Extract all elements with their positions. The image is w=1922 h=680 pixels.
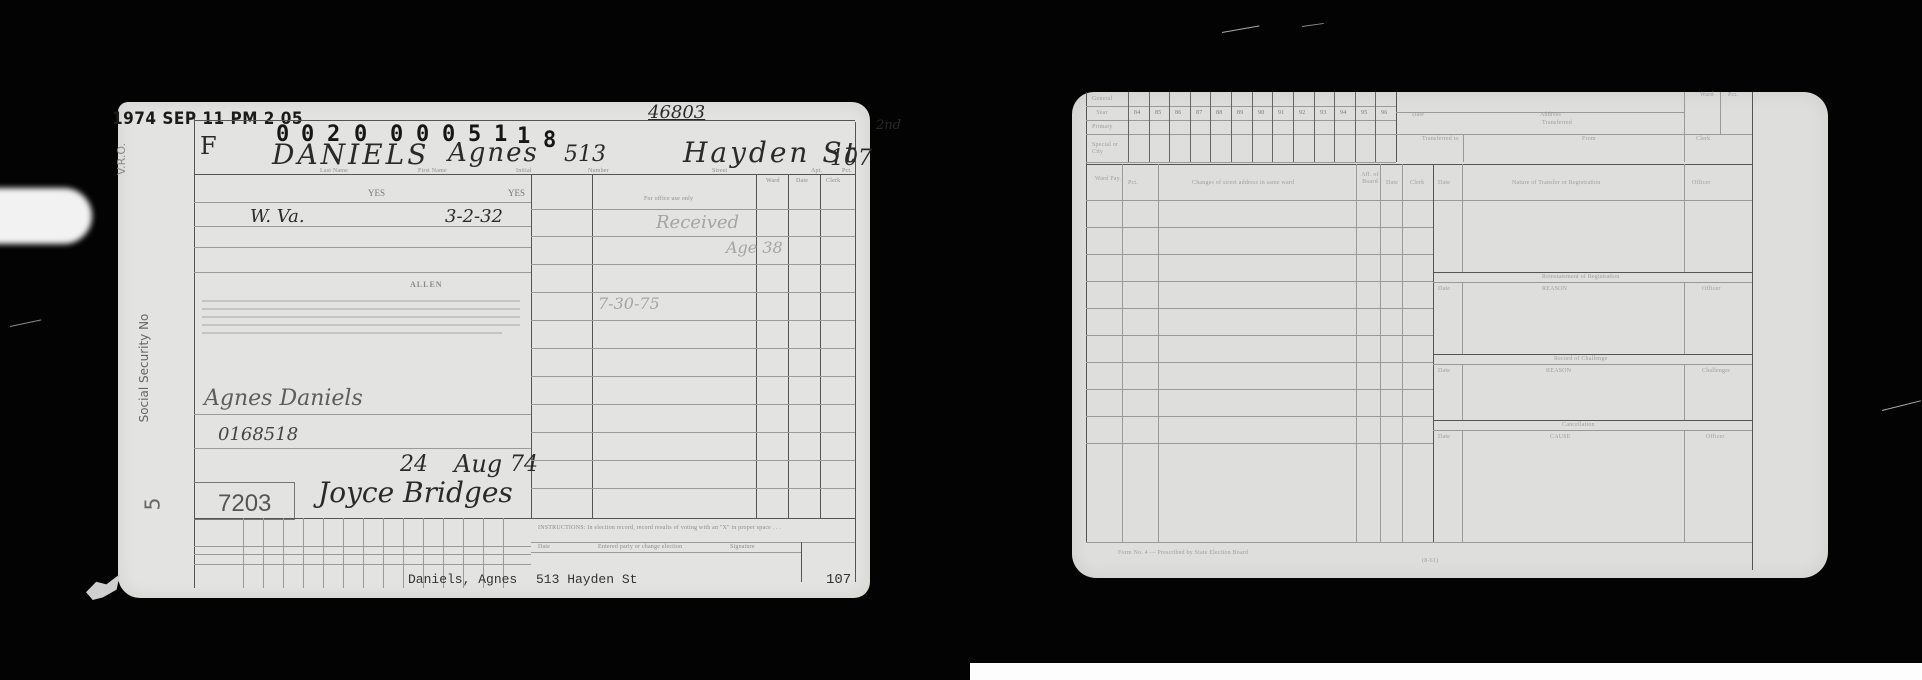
date-day: 24 [400, 452, 428, 477]
label-bottom-party: Entered party or change election [598, 544, 682, 550]
chal-col [1684, 364, 1685, 420]
th-reinst-reason: REASON [1542, 286, 1567, 292]
th-clerk: Clerk [1410, 180, 1424, 186]
oath-text [202, 316, 520, 318]
date-col-right [788, 174, 789, 518]
office-row-divider [531, 264, 855, 265]
instructions-top [531, 518, 855, 519]
party-mark: F [200, 132, 217, 160]
grid-year-label: 84 [1134, 110, 1140, 116]
ssn-side-mark: 5 [140, 498, 164, 511]
row-divider [194, 247, 531, 248]
label-transferred-to: Transferred to [1422, 136, 1459, 142]
label-pct-back: Pct. [1728, 92, 1738, 98]
registration-card-back: General Year Primary Special or City 848… [1072, 92, 1828, 578]
label-from: From [1582, 136, 1596, 142]
label-date: Date [796, 178, 808, 184]
office-row-divider [531, 404, 855, 405]
clerk-col-right [820, 174, 821, 518]
changes-row-divider [1086, 362, 1433, 363]
grid-year-column [1210, 92, 1211, 162]
grid-year-column [1293, 92, 1294, 162]
birthplace: W. Va. [250, 206, 305, 227]
th-changes: Changes of street address in same ward [1192, 180, 1294, 186]
changes-row-divider [1086, 281, 1433, 282]
grid-year-label: 88 [1216, 110, 1222, 116]
date-year: 74 [510, 452, 538, 477]
grid-year-column [1169, 92, 1170, 162]
th-reinst-officer: Officer [1702, 286, 1721, 292]
registration-card-front: 1974 SEP 11 PM 2 05 V.R.O. Social Securi… [118, 102, 870, 598]
office-entry-age: Age 38 [726, 238, 783, 257]
pct-box-left [801, 542, 802, 582]
address-row [1396, 134, 1752, 135]
office-row-divider [531, 209, 855, 210]
office-row-divider [531, 348, 855, 349]
citizen-yes-1: YES [368, 188, 385, 198]
grid-right-border [1396, 92, 1397, 162]
row-divider [194, 272, 531, 273]
label-transferred: Transferred [1542, 120, 1572, 126]
th-date: Date [1386, 180, 1398, 186]
office-row-divider [531, 432, 855, 433]
light-glare-artifact [0, 188, 92, 244]
film-scratch [1222, 25, 1260, 33]
form-number-note: Form No. 4 — Prescribed by State Electio… [1118, 550, 1248, 556]
reinst-col [1462, 282, 1463, 354]
th-reinst-date: Date [1438, 286, 1450, 292]
grid-col [403, 518, 404, 588]
instructions-divider [531, 542, 855, 543]
oath-text [202, 300, 520, 302]
typed-name: Daniels, Agnes [408, 572, 517, 587]
label-clerk-back: Clerk [1696, 136, 1710, 142]
th-transfer-date: Date [1438, 180, 1450, 186]
cancellation-sub [1433, 430, 1752, 431]
cancel-col [1462, 430, 1463, 542]
row-divider [194, 448, 531, 449]
th-transfer-officer: Officer [1692, 180, 1711, 186]
address-right-border [1684, 92, 1685, 162]
grid-row [1086, 106, 1396, 107]
th-cancel-officer: Officer [1706, 434, 1725, 440]
grid-col [243, 518, 244, 588]
registration-number: 0168518 [218, 424, 298, 445]
oath-text [202, 332, 502, 334]
grid-year-label: 91 [1278, 110, 1284, 116]
date-divider [1463, 134, 1464, 162]
reinstatement-sub [1433, 282, 1752, 283]
grid-year-column [1149, 92, 1150, 162]
col-divider [1402, 164, 1403, 542]
th-chal-challenger: Challenger [1702, 368, 1730, 374]
row-divider [194, 226, 531, 227]
grid-year-label: 89 [1237, 110, 1243, 116]
grid-year-label: 94 [1340, 110, 1346, 116]
first-name: Agnes [448, 138, 539, 168]
grid-col [383, 518, 384, 588]
grid-year-column [1314, 92, 1315, 162]
col-divider [1122, 164, 1123, 542]
changes-row-divider [1086, 443, 1433, 444]
frame-right [855, 122, 856, 582]
cancellation-top [1433, 420, 1752, 421]
reinstatement-top [1433, 272, 1752, 273]
row-divider [194, 414, 531, 415]
oath-text [202, 308, 520, 310]
office-row-divider [531, 236, 855, 237]
label-clerk: Clerk [826, 178, 840, 184]
film-scratch [1882, 400, 1921, 411]
ward-divider [1720, 92, 1721, 134]
grid-label-general: General [1092, 96, 1112, 102]
citizen-yes-2: YES [508, 188, 525, 198]
th-ward-pay: Ward Pay. [1094, 176, 1122, 183]
last-name: DANIELS [272, 138, 429, 171]
office-row-divider [531, 320, 855, 321]
label-bottom-signature: Signature [730, 544, 755, 550]
grid-year-label: 93 [1320, 110, 1326, 116]
timestamp-stamp: 1974 SEP 11 PM 2 05 [112, 109, 303, 129]
typed-address: 513 Hayden St [536, 572, 637, 587]
grid-label-year: Year [1096, 110, 1108, 116]
changes-row-divider [1086, 416, 1433, 417]
grid-row [1086, 162, 1396, 163]
label-address: Address [1540, 112, 1561, 118]
changes-row-divider [1086, 389, 1433, 390]
torn-corner [86, 574, 120, 600]
changes-header-bottom [1086, 200, 1752, 201]
voter-signature: Agnes Daniels [204, 386, 363, 411]
grid-col [343, 518, 344, 588]
label-bottom-date: Date [538, 544, 550, 550]
grid-year-label: 90 [1258, 110, 1264, 116]
grid-col [263, 518, 264, 588]
th-cancel-date: Date [1438, 434, 1450, 440]
typed-precinct: 107 [826, 572, 851, 588]
cancellation-title: Cancellation [1562, 422, 1595, 428]
frame-top [194, 120, 855, 121]
office-row-divider [531, 460, 855, 461]
label-ward-back: Ward [1700, 92, 1714, 98]
col-divider [1380, 164, 1381, 542]
birth-date: 3-2-32 [445, 206, 503, 227]
office-col-left [592, 174, 593, 518]
oath-text [202, 324, 520, 326]
grid-year-column [1231, 92, 1232, 162]
street-number: 513 [564, 142, 606, 167]
challenge-sub [1433, 364, 1752, 365]
th-chal-date: Date [1438, 368, 1450, 374]
film-scratch [10, 319, 42, 327]
th-pct: Pct. [1128, 180, 1138, 186]
instructions-text: INSTRUCTIONS: In election record, record… [538, 524, 843, 532]
col-divider [1158, 164, 1159, 542]
office-use-header: For office use only [644, 196, 693, 202]
form-code: (8-61) [1422, 558, 1438, 564]
grid-year-column [1334, 92, 1335, 162]
grid-label-special: Special or City [1092, 142, 1122, 156]
grid-col [303, 518, 304, 588]
grid-label-primary: Primary [1092, 124, 1113, 130]
grid-year-column [1272, 92, 1273, 162]
grid-row [1086, 120, 1396, 121]
instructions-divider [531, 552, 801, 553]
film-edge-band [970, 663, 1922, 680]
th-cancel-cause: CAUSE [1550, 434, 1571, 440]
col-divider [1356, 164, 1357, 542]
file-number-handwritten: 46803 [648, 102, 705, 123]
label-ward: Ward [766, 178, 780, 184]
grid-year-label: 87 [1196, 110, 1202, 116]
changes-row-divider [1086, 335, 1433, 336]
grid-col [323, 518, 324, 588]
grid-col [283, 518, 284, 588]
grid-row [1086, 134, 1396, 135]
grid-year-label: 96 [1381, 110, 1387, 116]
transfer-col [1684, 164, 1685, 272]
changes-right-border [1433, 164, 1434, 542]
office-row-divider [531, 488, 855, 489]
row-divider [194, 202, 531, 203]
label-address-date: Date [1412, 112, 1424, 118]
grid-col [363, 518, 364, 588]
changes-row-divider [1086, 254, 1433, 255]
apt-note: 2nd [876, 118, 901, 133]
th-transfer-nature: Nature of Transfer or Registration [1512, 180, 1600, 186]
office-row-divider [531, 376, 855, 377]
chal-col [1462, 364, 1463, 420]
office-row-divider [531, 292, 855, 293]
grid-year-label: 92 [1299, 110, 1305, 116]
grid-year-column [1128, 92, 1129, 162]
grid-year-label: 85 [1155, 110, 1161, 116]
grid-year-label: 95 [1361, 110, 1367, 116]
changes-row-divider [1086, 308, 1433, 309]
registrar-code-box: 7203 [194, 482, 295, 520]
th-aff-board: Aff. of Board [1358, 172, 1382, 186]
reinstatement-title: Reinstatement of Registration [1542, 274, 1619, 280]
reinst-col [1684, 282, 1685, 354]
grid-year-label: 86 [1175, 110, 1181, 116]
office-col-right [756, 174, 757, 518]
office-entry-received: Received [656, 212, 739, 233]
film-scratch [1302, 23, 1324, 27]
challenge-top [1433, 354, 1752, 355]
registrar-code: 7203 [218, 490, 271, 518]
grid-year-column [1375, 92, 1376, 162]
vro-label: V.R.O. [113, 157, 153, 175]
th-chal-reason: REASON [1546, 368, 1571, 374]
challenge-title: Record of Challenge [1554, 356, 1607, 362]
grid-year-column [1355, 92, 1356, 162]
allen-stamp: ALLEN [410, 280, 443, 289]
back-frame-left [1086, 92, 1087, 542]
grid-year-column [1190, 92, 1191, 162]
grid-year-column [1252, 92, 1253, 162]
ssn-label: Social Security No [137, 303, 153, 433]
date-month: Aug [454, 450, 502, 478]
office-entry-date: 7-30-75 [598, 294, 660, 313]
table-bottom [1086, 542, 1752, 543]
back-frame-right [1752, 92, 1753, 570]
changes-row-divider [1086, 227, 1433, 228]
main-table-top [1086, 164, 1752, 165]
registrar-signature: Joyce Bridges [318, 476, 513, 509]
transfer-col [1462, 164, 1463, 272]
cancel-col [1684, 430, 1685, 542]
